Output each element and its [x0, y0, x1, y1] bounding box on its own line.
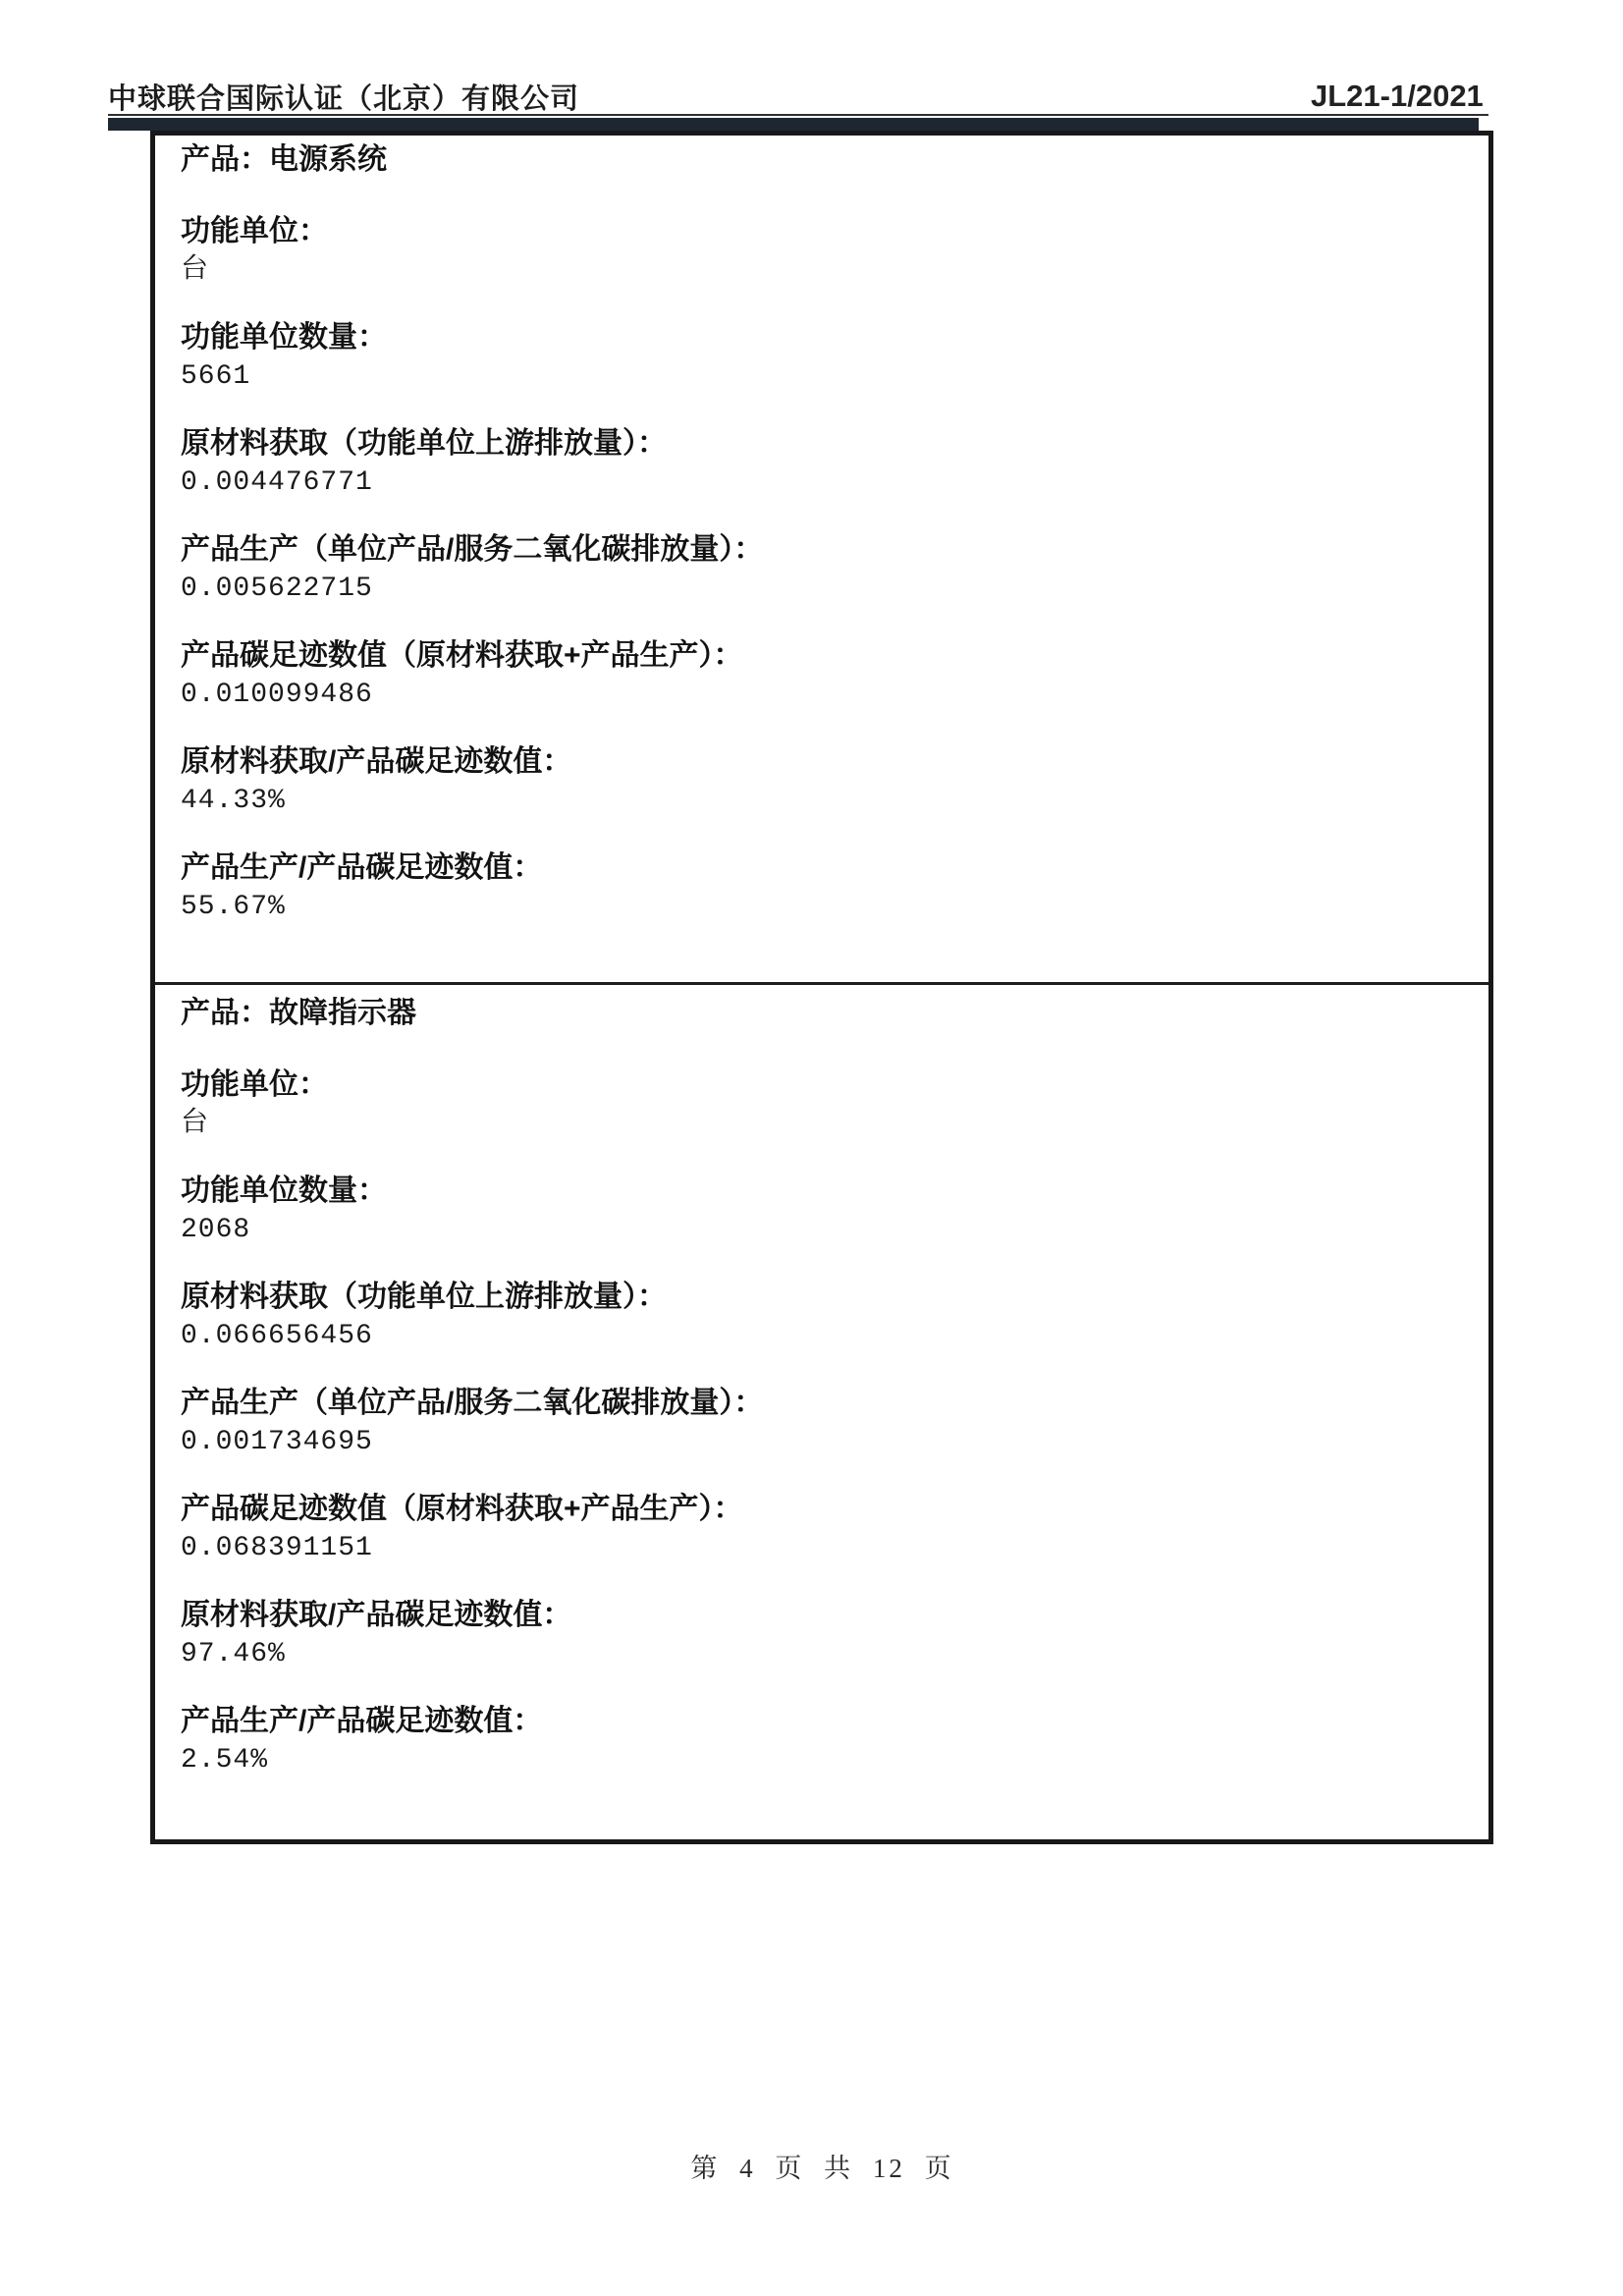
field-raw-material-acquisition: 原材料获取（功能单位上游排放量）： 0.004476771: [181, 424, 1469, 503]
field-production-ratio: 产品生产/产品碳足迹数值： 2.54%: [181, 1702, 1469, 1780]
field-label: 产品生产（单位产品/服务二氧化碳排放量）：: [181, 1384, 1469, 1423]
product-section-power-system: 产品：电源系统 功能单位： 台 功能单位数量： 5661 原材料获取（功能单位上…: [155, 136, 1488, 985]
field-functional-unit-quantity: 功能单位数量： 2068: [181, 1172, 1469, 1250]
field-value: 0.010099486: [181, 676, 1469, 715]
field-label: 原材料获取/产品碳足迹数值：: [181, 1596, 1469, 1635]
field-value: 台: [181, 1105, 1469, 1144]
field-label: 产品碳足迹数值（原材料获取+产品生产）：: [181, 1490, 1469, 1529]
field-value: 0.066656456: [181, 1317, 1469, 1356]
field-label: 功能单位：: [181, 1066, 1469, 1105]
field-label: 产品生产/产品碳足迹数值：: [181, 848, 1469, 888]
doc-number: JL21-1/2021: [1311, 79, 1480, 114]
field-functional-unit-quantity: 功能单位数量： 5661: [181, 318, 1469, 397]
field-label: 功能单位数量：: [181, 1172, 1469, 1211]
field-label: 功能单位：: [181, 212, 1469, 251]
page-footer: 第 4 页 共 12 页: [0, 2147, 1623, 2185]
header-rule-thick: [108, 118, 1479, 131]
field-functional-unit: 功能单位： 台: [181, 212, 1469, 291]
field-value: 2068: [181, 1211, 1469, 1250]
field-raw-material-ratio: 原材料获取/产品碳足迹数值： 44.33%: [181, 742, 1469, 821]
field-value: 0.068391151: [181, 1529, 1469, 1568]
field-carbon-footprint-value: 产品碳足迹数值（原材料获取+产品生产）： 0.068391151: [181, 1490, 1469, 1568]
field-raw-material-ratio: 原材料获取/产品碳足迹数值： 97.46%: [181, 1596, 1469, 1674]
field-value: 55.67%: [181, 888, 1469, 927]
product-section-fault-indicator: 产品：故障指示器 功能单位： 台 功能单位数量： 2068 原材料获取（功能单位…: [155, 985, 1488, 1780]
field-label: 原材料获取/产品碳足迹数值：: [181, 742, 1469, 782]
field-label: 功能单位数量：: [181, 318, 1469, 357]
field-production-ratio: 产品生产/产品碳足迹数值： 55.67%: [181, 848, 1469, 927]
product-title: 产品：电源系统: [181, 139, 1469, 181]
field-value: 97.46%: [181, 1635, 1469, 1674]
field-functional-unit: 功能单位： 台: [181, 1066, 1469, 1144]
field-raw-material-acquisition: 原材料获取（功能单位上游排放量）： 0.066656456: [181, 1278, 1469, 1356]
document-page: 中球联合国际认证（北京）有限公司 JL21-1/2021 产品：电源系统 功能单…: [0, 0, 1623, 2296]
header-rule-thin: [108, 114, 1488, 116]
field-product-production: 产品生产（单位产品/服务二氧化碳排放量）： 0.005622715: [181, 530, 1469, 609]
product-title: 产品：故障指示器: [181, 993, 1469, 1034]
field-label: 产品生产（单位产品/服务二氧化碳排放量）：: [181, 530, 1469, 570]
field-label: 产品生产/产品碳足迹数值：: [181, 1702, 1469, 1741]
field-value: 44.33%: [181, 782, 1469, 821]
field-value: 2.54%: [181, 1741, 1469, 1780]
page-number: 第 4 页 共 12 页: [690, 2154, 953, 2183]
field-label: 原材料获取（功能单位上游排放量）：: [181, 424, 1469, 464]
field-label: 原材料获取（功能单位上游排放量）：: [181, 1278, 1469, 1317]
field-label: 产品碳足迹数值（原材料获取+产品生产）：: [181, 636, 1469, 676]
field-product-production: 产品生产（单位产品/服务二氧化碳排放量）： 0.001734695: [181, 1384, 1469, 1462]
field-value: 5661: [181, 357, 1469, 397]
field-value: 0.005622715: [181, 570, 1469, 609]
field-value: 台: [181, 251, 1469, 291]
content-box: 产品：电源系统 功能单位： 台 功能单位数量： 5661 原材料获取（功能单位上…: [150, 131, 1493, 1844]
field-value: 0.001734695: [181, 1423, 1469, 1462]
field-carbon-footprint-value: 产品碳足迹数值（原材料获取+产品生产）： 0.010099486: [181, 636, 1469, 715]
company-name: 中球联合国际认证（北京）有限公司: [108, 77, 579, 117]
field-value: 0.004476771: [181, 464, 1469, 503]
